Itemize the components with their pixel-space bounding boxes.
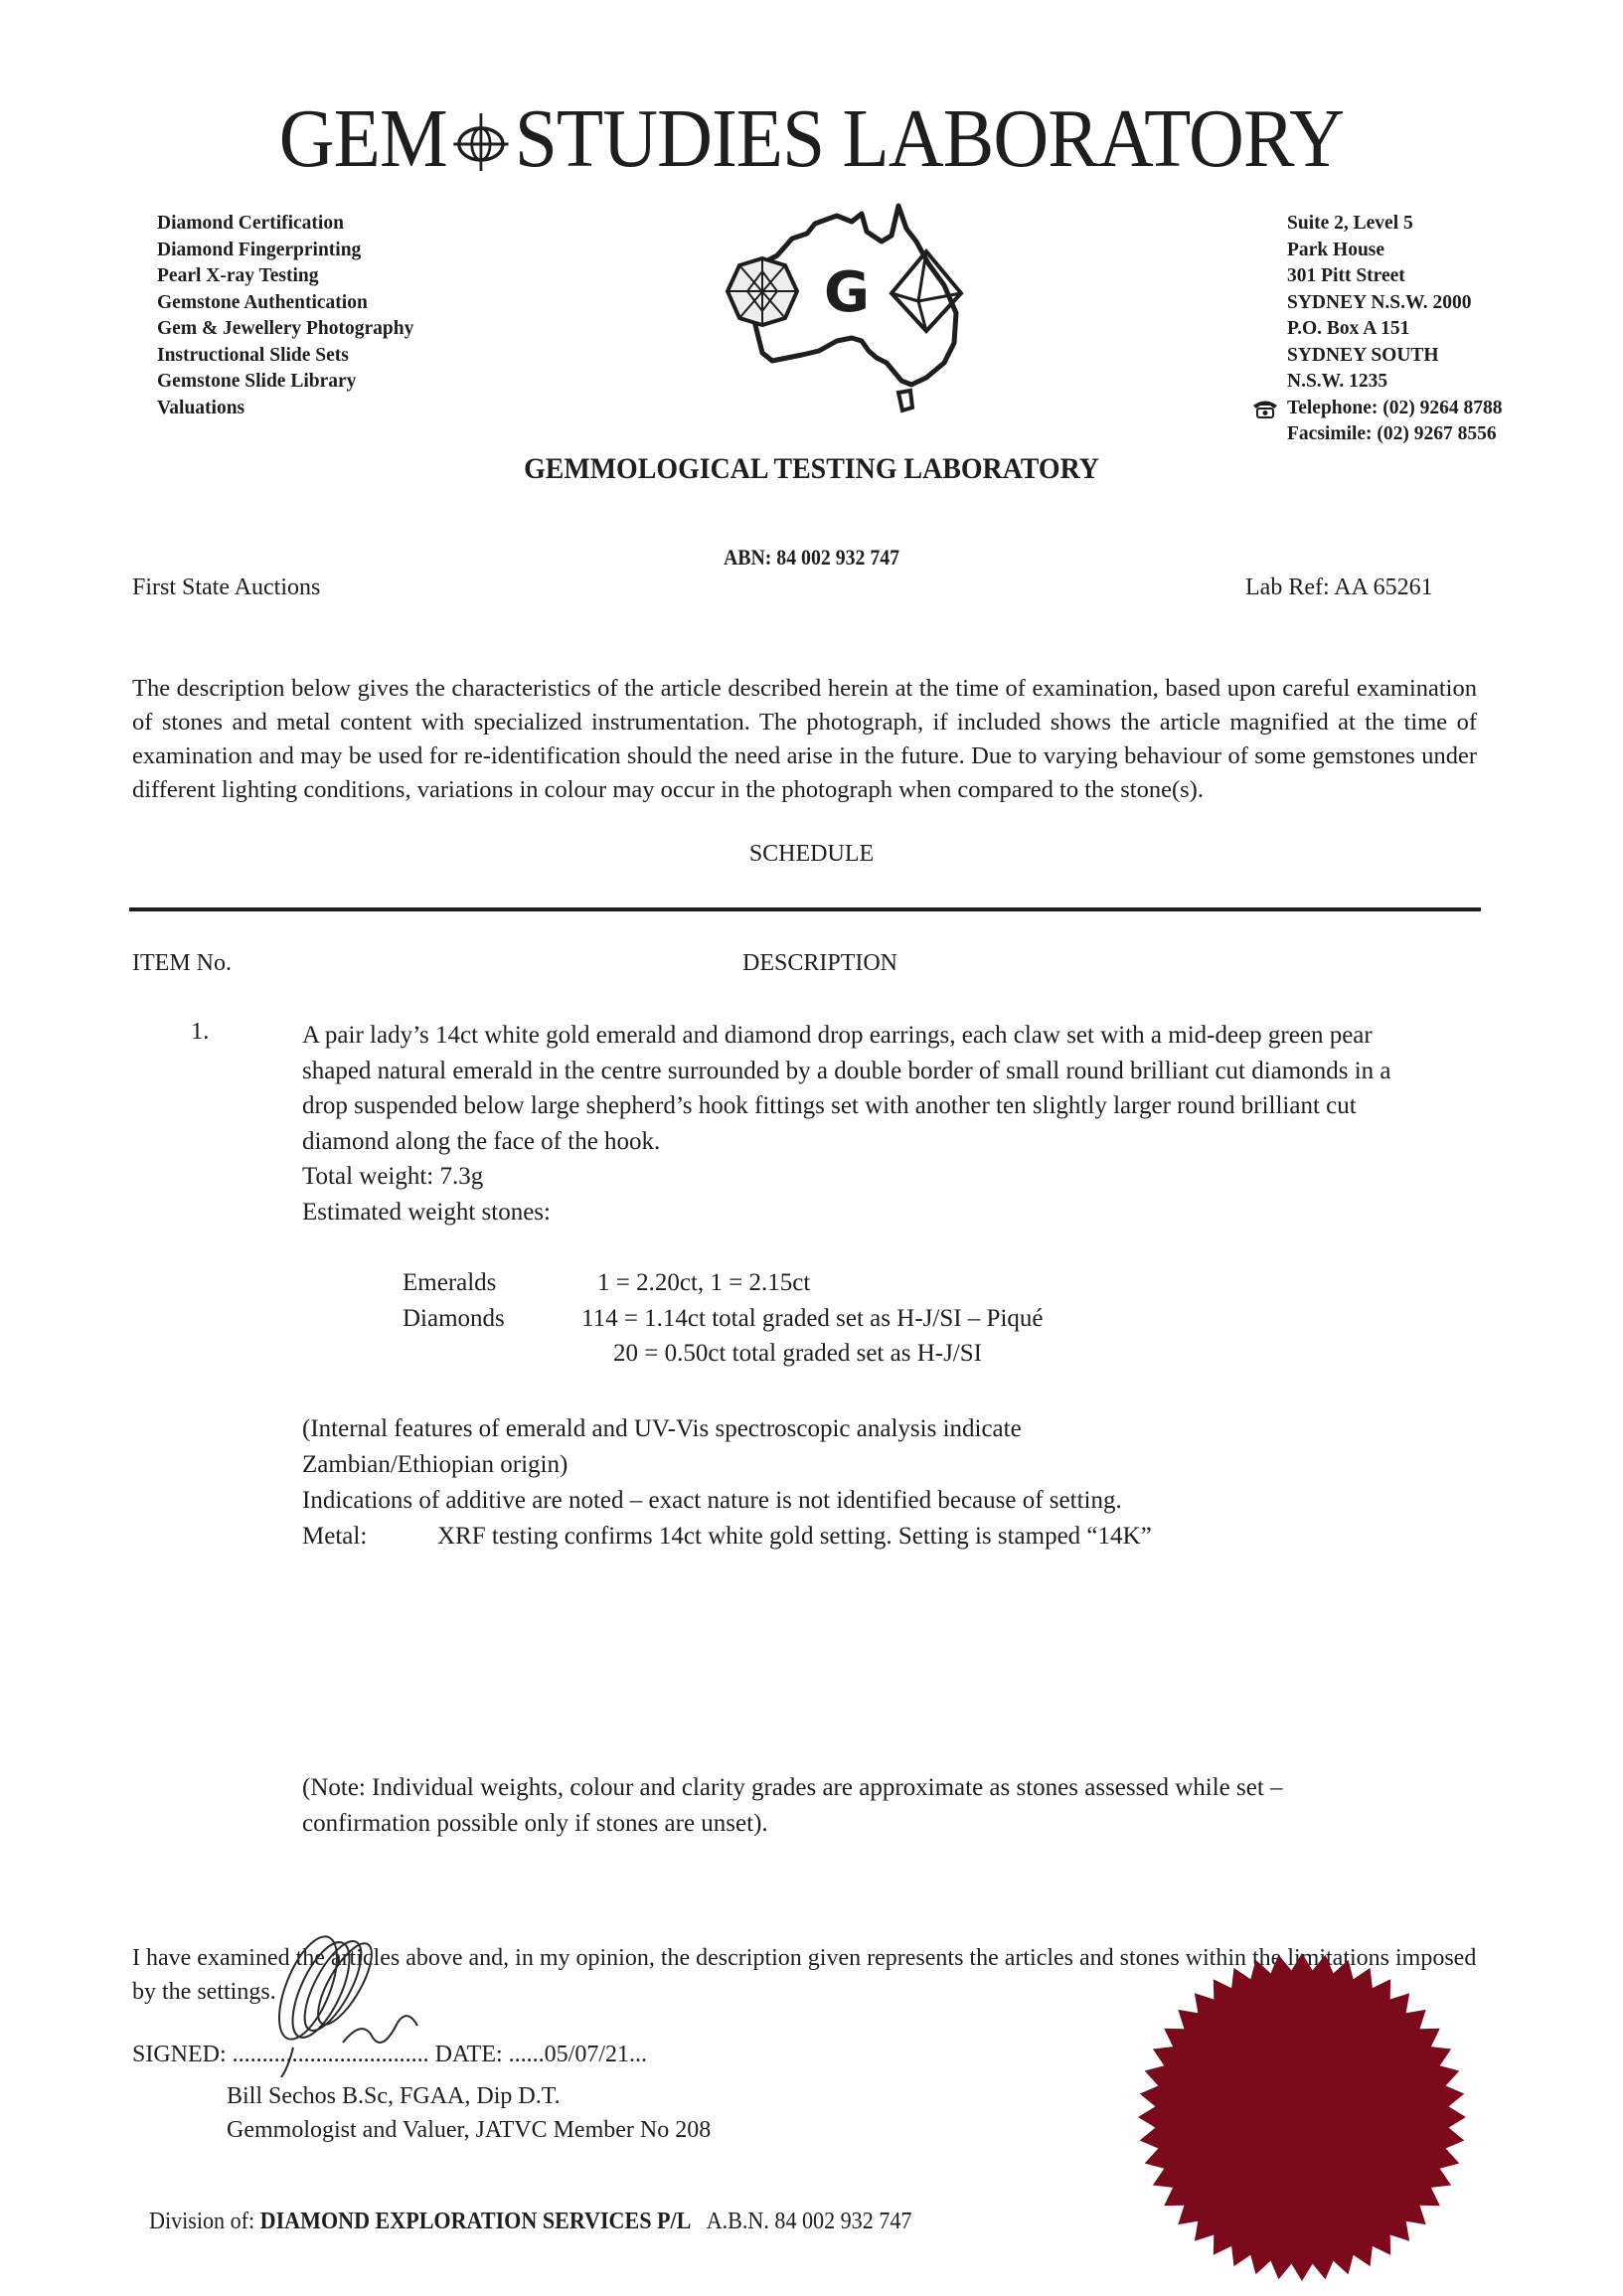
footer-division: Division of: DIAMOND EXPLORATION SERVICE… [149,2209,911,2235]
brand-left: GEM [279,92,447,185]
stone-row: 20 = 0.50ct total graded set as H-J/SI [403,1336,1044,1372]
svg-text:G: G [824,260,870,325]
globe-crosshair-icon [450,106,511,172]
service-item: Diamond Fingerprinting [157,238,413,264]
footer-abn: A.B.N. 84 002 932 747 [691,2209,911,2234]
signer-name: Bill Sechos B.Sc, FGAA, Dip D.T. [227,2079,711,2113]
service-item: Valuations [157,396,413,422]
brilliant-diamond-icon [728,258,797,325]
lab-address: Suite 2, Level 5 Park House 301 Pitt Str… [1287,211,1503,448]
signer-title: Gemmologist and Valuer, JATVC Member No … [227,2113,711,2147]
stone-name: Emeralds [403,1265,581,1301]
address-line: SYDNEY SOUTH [1287,343,1503,370]
origin-note: (Internal features of emerald and UV-Vis… [302,1411,1157,1483]
total-weight: Total weight: 7.3g [302,1159,1395,1195]
intro-paragraph: The description below gives the characte… [132,672,1477,807]
date-label: DATE: ......05/07/21... [429,2042,647,2067]
signed-label: SIGNED: ................................… [132,2042,429,2067]
divider-rule [129,907,1481,911]
signature-line: SIGNED: ................................… [132,2042,647,2068]
schedule-heading: SCHEDULE [0,841,1623,868]
service-item: Gemstone Authentication [157,290,413,317]
metal-note: Metal:XRF testing confirms 14ct white go… [302,1519,1395,1555]
metal-label: Metal: [302,1519,437,1555]
signer-details: Bill Sechos B.Sc, FGAA, Dip D.T. Gemmolo… [227,2079,711,2147]
estimated-weight-label: Estimated weight stones: [302,1195,1395,1230]
schedule-title: SCHEDULE [749,841,874,867]
australia-gem-logo: G [708,194,1006,422]
telephone-icon [1251,399,1279,418]
brand-right: STUDIES LABORATORY [515,92,1344,185]
service-item: Instructional Slide Sets [157,343,413,370]
red-foil-seal [1133,1948,1471,2286]
telephone-number: Telephone: (02) 9264 8788 [1287,398,1503,418]
stone-weights-table: Emeralds 1 = 2.20ct, 1 = 2.15ct Diamonds… [403,1265,1044,1372]
stone-name: Diamonds [403,1301,581,1337]
stone-row: Diamonds 114 = 1.14ct total graded set a… [403,1301,1044,1337]
services-list: Diamond Certification Diamond Fingerprin… [157,211,413,421]
service-item: Diamond Certification [157,211,413,238]
stone-row: Emeralds 1 = 2.20ct, 1 = 2.15ct [403,1265,1044,1301]
stone-value: 1 = 2.20ct, 1 = 2.15ct [581,1265,810,1301]
lab-reference: Lab Ref: AA 65261 [1245,574,1433,601]
item-notes: (Internal features of emerald and UV-Vis… [302,1411,1395,1555]
address-line: N.S.W. 1235 [1287,369,1503,396]
service-item: Gem & Jewellery Photography [157,316,413,343]
client-name: First State Auctions [132,574,320,601]
service-item: Gemstone Slide Library [157,369,413,396]
address-line: Suite 2, Level 5 [1287,211,1503,238]
stone-value: 114 = 1.14ct total graded set as H-J/SI … [581,1301,1044,1337]
stone-value: 20 = 0.50ct total graded set as H-J/SI [403,1336,982,1372]
grading-disclaimer: (Note: Individual weights, colour and cl… [302,1770,1296,1842]
division-label: Division of: [149,2209,260,2234]
telephone-line: Telephone: (02) 9264 8788 [1287,396,1503,422]
item-description-text: A pair lady’s 14ct white gold emerald an… [302,1018,1395,1159]
abn-number: ABN: 84 002 932 747 [81,545,1542,571]
facsimile-number: Facsimile: (02) 9267 8556 [1287,421,1503,448]
address-line: Park House [1287,238,1503,264]
parent-company: DIAMOND EXPLORATION SERVICES P/L [260,2209,692,2234]
lab-name-heading: GEMSTUDIES LABORATORY [65,97,1557,181]
lab-subtitle: GEMMOLOGICAL TESTING LABORATORY [57,452,1566,486]
item-description: A pair lady’s 14ct white gold emerald an… [302,1018,1395,1230]
address-line: 301 Pitt Street [1287,263,1503,290]
item-number: 1. [191,1018,209,1046]
service-item: Pearl X-ray Testing [157,263,413,290]
additive-note: Indications of additive are noted – exac… [302,1483,1395,1519]
metal-value: XRF testing confirms 14ct white gold set… [437,1523,1152,1550]
column-header-item: ITEM No. [132,950,232,977]
address-line: P.O. Box A 151 [1287,316,1503,343]
address-line: SYDNEY N.S.W. 2000 [1287,290,1503,317]
column-header-description: DESCRIPTION [742,950,897,977]
